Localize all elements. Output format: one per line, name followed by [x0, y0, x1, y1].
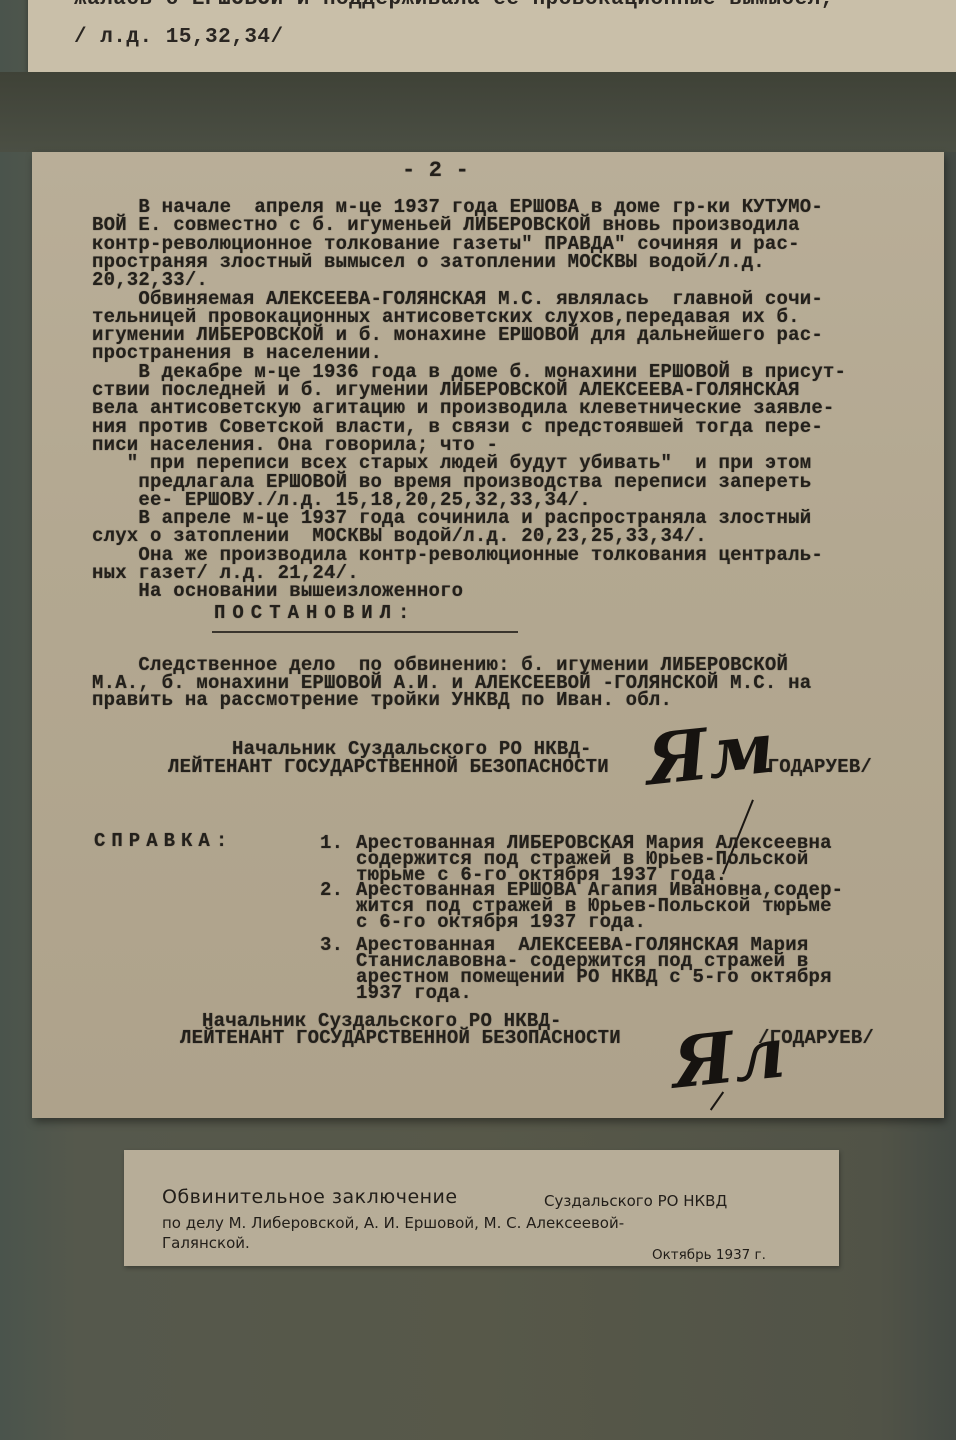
- charges-text-line: " при переписи всех старых людей будут у…: [92, 454, 811, 473]
- page-number: - 2 -: [402, 162, 469, 181]
- previous-page-reference: / л.д. 15,32,34/: [74, 26, 284, 49]
- previous-page-sheet: жалась с ЕРШОВОЙ и поддерживала ее прово…: [28, 0, 956, 72]
- signature-2-rank: ЛЕЙТЕНАНТ ГОСУДАРСТВЕННОЙ БЕЗОПАСНОСТИ: [180, 1029, 621, 1048]
- display-board-gap: [0, 72, 956, 152]
- resolution-text-line: править на рассмотрение тройки УНКВД по …: [92, 691, 672, 710]
- reference-item-line: с 6-го октября 1937 года.: [356, 913, 646, 932]
- caption-case-description: по делу М. Либеровской, А. И. Ершовой, М…: [162, 1214, 624, 1232]
- charges-text-line: На основании вышеизложенного: [92, 582, 463, 601]
- indictment-document-page: - 2 - В начале апреля м-це 1937 года ЕРШ…: [32, 152, 944, 1118]
- handwritten-signature-2: Ял: [668, 1010, 789, 1104]
- reference-item-number: 1.: [320, 834, 343, 853]
- reference-label: СПРАВКА:: [94, 832, 233, 851]
- reference-item-line: 1937 года.: [356, 984, 472, 1003]
- handwritten-signature-1: Ям: [642, 706, 778, 802]
- charges-text-line: 20,32,33/.: [92, 271, 208, 290]
- exhibit-caption-card: Обвинительное заключение Суздальского РО…: [124, 1150, 839, 1266]
- resolution-heading: ПОСТАНОВИЛ:: [214, 604, 416, 623]
- reference-item-number: 2.: [320, 881, 343, 900]
- caption-date: Октябрь 1937 г.: [652, 1247, 766, 1263]
- signature-1-rank: ЛЕЙТЕНАНТ ГОСУДАРСТВЕННОЙ БЕЗОПАСНОСТИ: [168, 758, 609, 777]
- heading-underline: [212, 631, 518, 633]
- caption-organization: Суздальского РО НКВД: [544, 1192, 727, 1210]
- caption-case-description-cont: Галянской.: [162, 1234, 250, 1252]
- reference-item-number: 3.: [320, 936, 343, 955]
- caption-title: Обвинительное заключение: [162, 1186, 458, 1208]
- previous-page-text-line: жалась с ЕРШОВОЙ и поддерживала ее прово…: [74, 0, 834, 11]
